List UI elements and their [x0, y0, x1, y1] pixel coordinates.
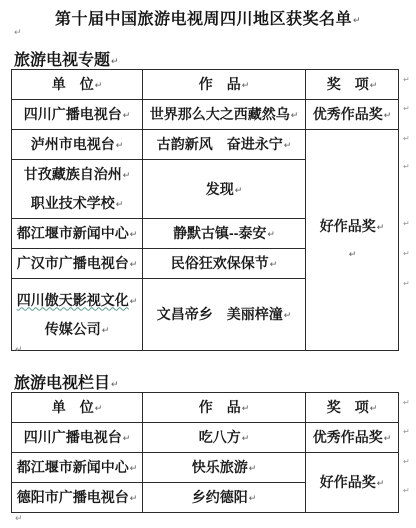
cell-award-merged: 好作品奖↵ ↵	[306, 130, 399, 351]
row-end-mark-icon: ↵	[403, 75, 410, 84]
paragraph-mark-icon: ↵	[249, 463, 257, 473]
cell-unit: 泸州市电视台↵	[12, 130, 143, 160]
paragraph-mark-icon: ↵	[353, 15, 361, 25]
paragraph-mark-icon: ↵	[270, 259, 278, 269]
paragraph-mark-icon: ↵	[123, 170, 131, 180]
cell-unit: 都江堰市新闻中心↵	[12, 453, 143, 483]
paragraph-mark-icon: ↵	[242, 403, 250, 413]
cell-unit: 都江堰市新闻中心↵	[12, 219, 143, 249]
paragraph-mark-icon: ↵	[249, 493, 257, 503]
header-cell-unit: 单 位↵	[12, 70, 143, 100]
unit-text: 都江堰市新闻中心	[17, 459, 129, 475]
unit-text: 甘孜藏族自治州	[24, 166, 122, 182]
paragraph-mark-icon: ↵	[130, 463, 138, 473]
header-work-text: 作 品	[199, 399, 241, 415]
section-heading-tourism-tv-column: 旅游电视栏目↵	[14, 370, 119, 393]
work-text: 民俗狂欢保保节	[171, 255, 269, 271]
award-text: 好作品奖	[320, 218, 376, 234]
work-text: 乡约德阳	[192, 489, 248, 505]
paragraph-mark-icon: ↵	[130, 259, 138, 269]
unit-text: 四川广播电视台	[24, 106, 122, 122]
paragraph-mark-icon: ↵	[111, 56, 119, 66]
paragraph-mark-icon: ↵	[235, 185, 243, 195]
award-text: 优秀作品奖	[313, 106, 383, 122]
row-end-mark-icon: ↵	[403, 279, 410, 288]
cell-work: 吃八方↵	[143, 423, 306, 453]
paragraph-mark-icon: ↵	[14, 27, 22, 38]
row-end-mark-icon: ↵	[403, 427, 410, 436]
paragraph-mark-icon: ↵	[370, 80, 378, 90]
award-text: 好作品奖	[320, 474, 376, 490]
cell-unit: 广汉市广播电视台↵	[12, 249, 143, 279]
row-end-mark-icon: ↵	[403, 219, 410, 228]
section-heading-tourism-tv-special: 旅游电视专题↵	[14, 47, 119, 70]
work-text: 发现	[206, 181, 234, 197]
work-text: 文昌帝乡 美丽梓潼	[157, 306, 283, 322]
paragraph-mark-icon: ↵	[123, 110, 131, 120]
unit-line: 甘孜藏族自治州↵	[12, 160, 142, 189]
award-table-special: 单 位↵ 作 品↵ 奖 项↵ 四川广播电视台↵ 世界那么大之西藏然乌↵ 优秀作品…	[11, 69, 399, 351]
cell-award-merged: 好作品奖↵	[306, 453, 399, 513]
paragraph-mark-icon: ↵	[102, 325, 110, 335]
unit-line: 传媒公司↵	[12, 315, 142, 344]
row-end-mark-icon: ↵	[403, 134, 410, 143]
cell-work: 古韵新风 奋进永宁↵	[143, 130, 306, 160]
cell-award: 优秀作品奖↵	[306, 100, 399, 130]
cell-unit: 甘孜藏族自治州↵ 职业技术学校↵	[12, 160, 143, 219]
unit-line: 四川傲天影视文化↵	[12, 286, 142, 315]
cell-work: 文昌帝乡 美丽梓潼↵	[143, 279, 306, 351]
cell-work: 发现↵	[143, 160, 306, 219]
row-end-mark-icon: ↵	[403, 457, 410, 466]
unit-text: 广汉市广播电视台	[17, 255, 129, 271]
section-heading-text: 旅游电视栏目	[14, 375, 110, 392]
cell-work: 乡约德阳↵	[143, 483, 306, 513]
table-row: 四川广播电视台↵ 吃八方↵ 优秀作品奖↵	[12, 423, 399, 453]
paragraph-mark-icon: ↵	[384, 433, 392, 443]
row-end-mark-icon: ↵	[403, 162, 410, 171]
header-award-text: 奖 项	[327, 399, 369, 415]
paragraph-mark-icon: ↵	[15, 344, 23, 355]
award-table-column: 单 位↵ 作 品↵ 奖 项↵ 四川广播电视台↵ 吃八方↵ 优秀作品奖↵ 都江堰市…	[11, 392, 399, 513]
paragraph-mark-icon: ↵	[242, 433, 250, 443]
unit-text: 传媒公司	[45, 321, 101, 337]
unit-text-spellcheck: 四川傲天影视文化	[17, 292, 129, 308]
work-text: 快乐旅游	[192, 459, 248, 475]
paragraph-mark-icon: ↵	[291, 110, 299, 120]
table-row: 都江堰市新闻中心↵ 快乐旅游↵ 好作品奖↵	[12, 453, 399, 483]
row-end-mark-icon: ↵	[403, 486, 410, 495]
work-text: 古韵新风 奋进永宁	[157, 136, 283, 152]
paragraph-mark-icon: ↵	[95, 403, 103, 413]
cell-work: 民俗狂欢保保节↵	[143, 249, 306, 279]
work-text: 静默古镇--泰安	[173, 225, 266, 241]
paragraph-mark-icon: ↵	[130, 296, 138, 306]
header-work-text: 作 品	[199, 76, 241, 92]
paragraph-mark-icon: ↵	[284, 140, 292, 150]
cell-award: 优秀作品奖↵	[306, 423, 399, 453]
paragraph-mark-icon: ↵	[123, 433, 131, 443]
paragraph-mark-icon: ↵	[377, 222, 385, 232]
header-cell-work: 作 品↵	[143, 70, 306, 100]
header-unit-text: 单 位	[52, 399, 94, 415]
header-unit-text: 单 位	[52, 76, 94, 92]
header-cell-unit: 单 位↵	[12, 393, 143, 423]
table-header-row: 单 位↵ 作 品↵ 奖 项↵	[12, 70, 399, 100]
cell-unit: 四川广播电视台↵	[12, 423, 143, 453]
unit-text: 都江堰市新闻中心	[17, 225, 129, 241]
paragraph-mark-icon: ↵	[111, 379, 119, 389]
page-title: 第十届中国旅游电视周四川地区获奖名单↵	[0, 6, 416, 29]
paragraph-mark-icon: ↵	[349, 249, 357, 259]
table-row: 四川广播电视台↵ 世界那么大之西藏然乌↵ 优秀作品奖↵	[12, 100, 399, 130]
paragraph-mark-icon: ↵	[384, 110, 392, 120]
work-text: 世界那么大之西藏然乌	[150, 106, 290, 122]
empty-paragraph-line: ↵	[306, 240, 398, 267]
paragraph-mark-icon: ↵	[130, 229, 138, 239]
cell-work: 快乐旅游↵	[143, 453, 306, 483]
header-award-text: 奖 项	[327, 76, 369, 92]
unit-text: 德阳市广播电视台	[17, 489, 129, 505]
cell-work: 世界那么大之西藏然乌↵	[143, 100, 306, 130]
paragraph-mark-icon: ↵	[116, 140, 124, 150]
cell-work: 静默古镇--泰安↵	[143, 219, 306, 249]
page-title-text: 第十届中国旅游电视周四川地区获奖名单	[55, 11, 352, 28]
row-end-mark-icon: ↵	[403, 398, 410, 407]
header-cell-work: 作 品↵	[143, 393, 306, 423]
award-text: 优秀作品奖	[313, 429, 383, 445]
cell-unit: 四川傲天影视文化↵ 传媒公司↵	[12, 279, 143, 351]
paragraph-mark-icon: ↵	[15, 513, 23, 524]
table-header-row: 单 位↵ 作 品↵ 奖 项↵	[12, 393, 399, 423]
section-heading-text: 旅游电视专题	[14, 52, 110, 69]
cell-unit: 德阳市广播电视台↵	[12, 483, 143, 513]
paragraph-mark-icon: ↵	[95, 80, 103, 90]
paragraph-mark-icon: ↵	[130, 493, 138, 503]
table-row: 泸州市电视台↵ 古韵新风 奋进永宁↵ 好作品奖↵ ↵	[12, 130, 399, 160]
row-end-mark-icon: ↵	[403, 249, 410, 258]
header-cell-award: 奖 项↵	[306, 70, 399, 100]
merged-award-line: 好作品奖↵	[306, 213, 398, 240]
unit-text: 四川广播电视台	[24, 429, 122, 445]
paragraph-mark-icon: ↵	[370, 403, 378, 413]
paragraph-mark-icon: ↵	[242, 80, 250, 90]
paragraph-mark-icon: ↵	[116, 199, 124, 209]
row-end-mark-icon: ↵	[403, 104, 410, 113]
unit-line: 职业技术学校↵	[12, 189, 142, 218]
paragraph-mark-icon: ↵	[267, 229, 275, 239]
paragraph-mark-icon: ↵	[377, 478, 385, 488]
header-cell-award: 奖 项↵	[306, 393, 399, 423]
cell-unit: 四川广播电视台↵	[12, 100, 143, 130]
unit-text: 职业技术学校	[31, 195, 115, 211]
work-text: 吃八方	[199, 429, 241, 445]
paragraph-mark-icon: ↵	[284, 310, 292, 320]
document-page: 第十届中国旅游电视周四川地区获奖名单↵ ↵ 旅游电视专题↵ 单 位↵ 作 品↵ …	[0, 0, 416, 528]
unit-text: 泸州市电视台	[31, 136, 115, 152]
